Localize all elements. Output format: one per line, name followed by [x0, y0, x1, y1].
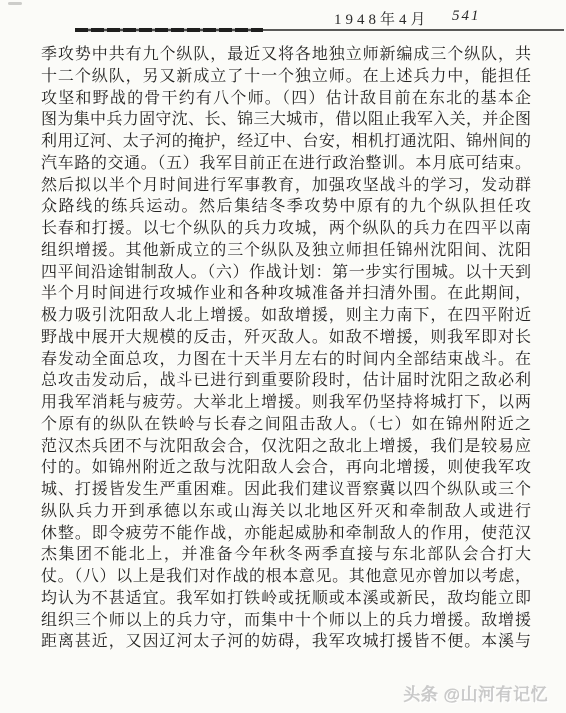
header-rule: [75, 29, 564, 31]
text-line: 杰集团不能北上，并准备今年秋冬两季直接与东北部队会合打大: [41, 544, 531, 566]
text-line: 用我军消耗与疲劳。大举北上增援。则我军仍坚持将城打下，以两: [41, 392, 531, 414]
text-line: 然后拟以半个月时间进行军事教育，加强攻坚战斗的学习，发动群: [41, 175, 531, 197]
text-line: 野战中展开大规模的反击，歼灭敌人。如敌不增援，则我军即对长: [41, 327, 531, 349]
text-line: 距离甚近，又因辽河太子河的妨碍，我军攻城打援皆不便。本溪与: [41, 631, 531, 653]
header-date: 1948年4月: [334, 8, 430, 29]
text-line: 组织增援。其他新成立的三个纵队及独立师担任锦州沈阳间、沈阳: [41, 240, 531, 262]
text-line: 利用辽河、太子河的掩护，经辽中、台安，相机打通沈阳、锦州间的: [41, 131, 531, 153]
watermark: 头条 @山河有记忆: [403, 680, 548, 705]
text-line: 休整。即令疲劳不能作战，亦能起威胁和牵制敌人的作用，使范汉: [41, 523, 531, 545]
document-body: 季攻势中共有九个纵队，最近又将各地独立师新编成三个纵队，共 十二个纵队，另又新成…: [41, 44, 531, 653]
text-line: 组织三个师以上的兵力守，而集中十个师以上的兵力增援。敌增援: [41, 610, 531, 632]
rule-left-segment: [75, 28, 263, 32]
text-line: 纵队兵力开到承德以东或山海关以北地区歼灭和牵制敌人或进行: [41, 501, 531, 523]
header-page-number: 541: [452, 8, 481, 25]
text-line: 四平间沿途钳制敌人。（六）作战计划：第一步实行围城。以十天到: [41, 262, 531, 284]
text-line: 图为集中兵力固守沈、长、锦三大城市，借以阻止我军入关，并企图: [41, 109, 531, 131]
text-line: 城、打援皆发生严重困难。因此我们建议晋察冀以四个纵队或三个: [41, 479, 531, 501]
document-page: 1948年4月 541 季攻势中共有九个纵队，最近又将各地独立师新编成三个纵队，…: [0, 0, 566, 713]
text-line: 季攻势中共有九个纵队，最近又将各地独立师新编成三个纵队，共: [41, 44, 531, 66]
text-line: 均认为不甚适宜。我军如打铁岭或抚顺或本溪或新民，敌均能立即: [41, 588, 531, 610]
text-line: 总攻击发动后，战斗已进行到重要阶段时，估计届时沈阳之敌必利: [41, 370, 531, 392]
text-line: 付的。如锦州附近之敌与沈阳敌人会合，再向北增援，则使我军攻: [41, 457, 531, 479]
text-line: 个原有的纵队在铁岭与长春之间阻击敌人。（七）如在锦州附近之: [41, 414, 531, 436]
text-line: 汽车路的交通。（五）我军目前正在进行政治整训。本月底可结束。: [41, 153, 531, 175]
text-line: 范汉杰兵团不与沈阳敌会合，仅沈阳之敌北上增援，我们是较易应: [41, 436, 531, 458]
text-line: 极力吸引沈阳敌人北上增援。如敌增援，则主力南下，在四平附近: [41, 305, 531, 327]
text-line: 春发动全面总攻，力图在十天半月左右的时间内全部结束战斗。在: [41, 349, 531, 371]
text-line: 攻坚和野战的骨干约有八个师。（四）估计敌目前在东北的基本企: [41, 88, 531, 110]
text-line: 十二个纵队，另又新成立了十一个独立师。在上述兵力中，能担任: [41, 66, 531, 88]
scan-speck: [8, 2, 22, 5]
text-line: 长春和打援。以七个纵队的兵力攻城，两个纵队的兵力在四平以南: [41, 218, 531, 240]
text-line: 半个月时间进行攻城作业和各种攻城准备并扫清外围。在此期间，: [41, 283, 531, 305]
text-line: 众路线的练兵运动。然后集结冬季攻势中原有的九个纵队担任攻: [41, 196, 531, 218]
text-line: 仗。（八）以上是我们对作战的根本意见。其他意见亦曾加以考虑，: [41, 566, 531, 588]
